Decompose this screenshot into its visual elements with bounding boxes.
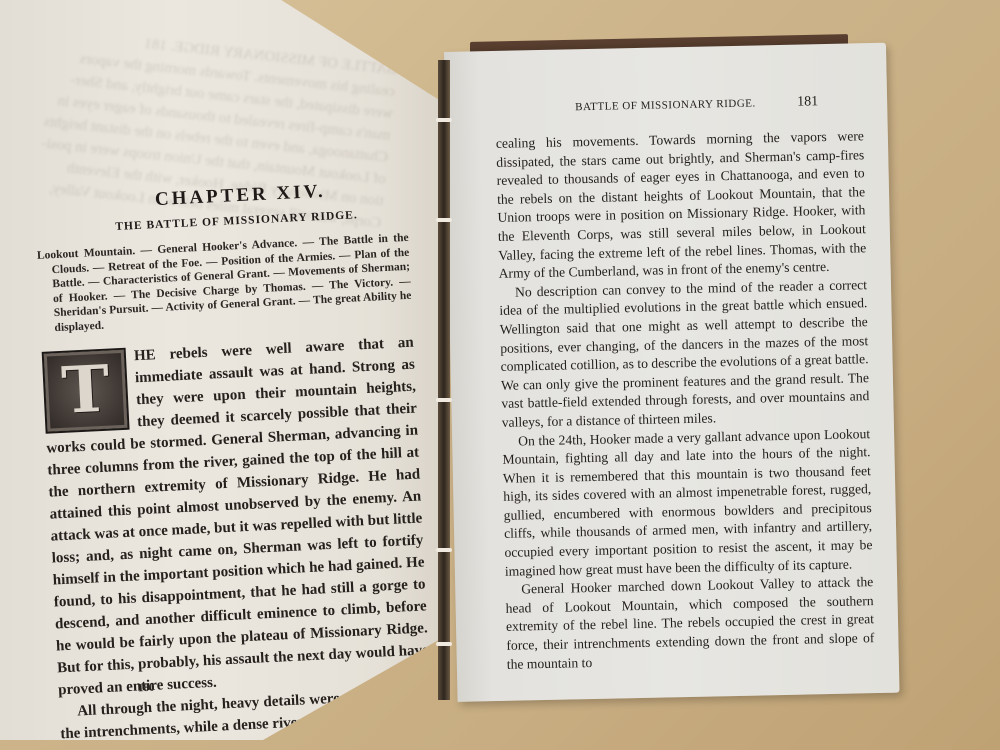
page-number-left: 180 (138, 682, 155, 695)
right-page: BATTLE OF MISSIONARY RIDGE. 181 cealing … (444, 43, 900, 702)
chapter-summary: Lookout Mountain. — General Hooker's Adv… (37, 231, 413, 336)
left-page-text: CHAPTER XIV. THE BATTLE OF MISSIONARY RI… (34, 177, 432, 746)
paragraph: No description can convey to the mind of… (499, 276, 870, 432)
paragraph: On the 24th, Hooker made a very gallant … (502, 425, 873, 581)
binding-stitch (436, 118, 452, 122)
book-photo: BATTLE OF MISSIONARY RIDGE. 181 cealing … (0, 0, 1000, 750)
binding-stitch (436, 548, 452, 552)
page-number-right: 181 (797, 94, 818, 110)
binding-stitch (436, 218, 452, 222)
binding-stitch (436, 398, 452, 402)
ornamental-drop-cap-icon: T (42, 348, 130, 434)
paragraph: cealing his movements. Towards morning t… (496, 127, 867, 283)
book-spine-gutter (438, 60, 450, 700)
binding-stitch (436, 642, 452, 646)
paragraph: General Hooker marched down Lookout Vall… (505, 573, 875, 674)
left-page: BATTLE OF MISSIONARY RIDGE. 181 cealing … (0, 0, 445, 740)
running-head: BATTLE OF MISSIONARY RIDGE. (575, 97, 756, 113)
right-page-text: cealing his movements. Towards morning t… (496, 127, 875, 674)
chapter-body: T HE rebels were well aware that an imme… (42, 332, 433, 746)
